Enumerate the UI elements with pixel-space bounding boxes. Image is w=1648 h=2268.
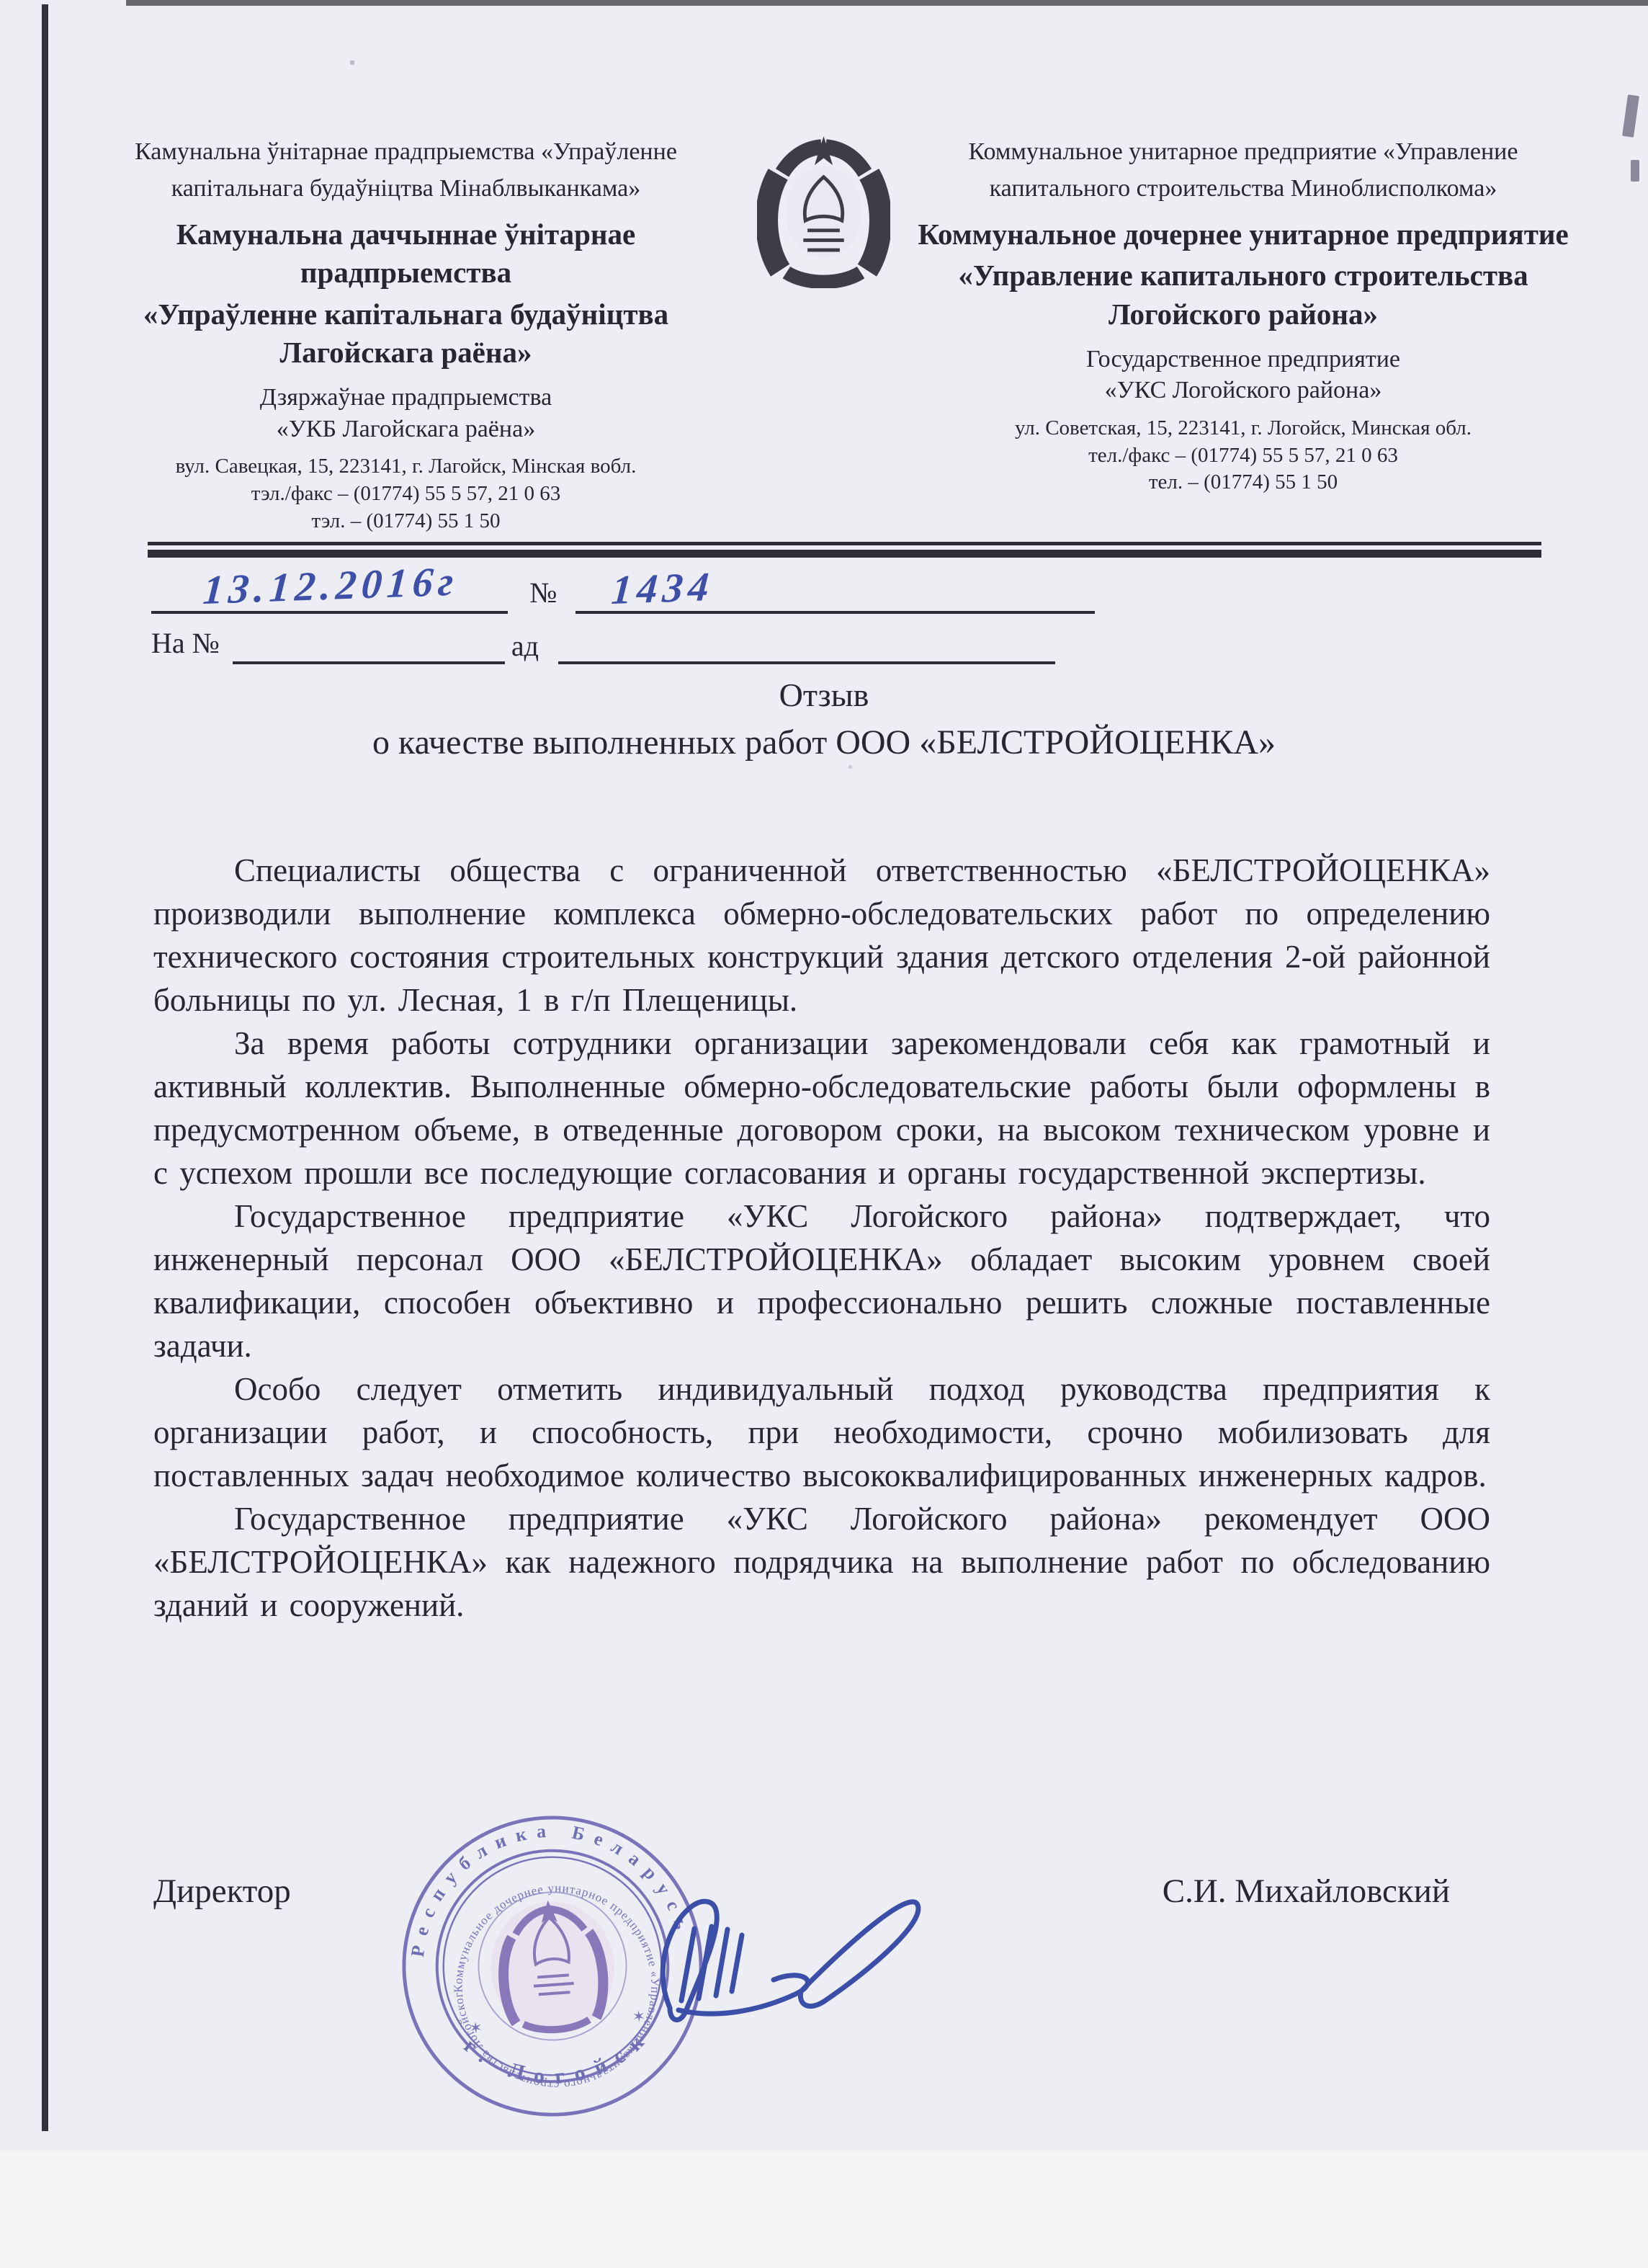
paragraph: Специалисты общества с ограниченной отве… (153, 849, 1490, 1022)
date-number-row: 13.12.2016г № 1434 (151, 568, 1095, 614)
state-enterprise-line1: Дзяржаўнае прадпрыемства (69, 382, 743, 414)
number-sign-label: № (529, 576, 557, 614)
organization-name: Камунальна даччыннае ўнітарнае прадпрыем… (69, 215, 743, 293)
position-label: Директор (153, 1872, 291, 1911)
phone-line: тэл. – (01774) 55 1 50 (69, 508, 743, 535)
scanned-letter-page: Камунальна ўнітарнае прадпрыемства «Упра… (0, 0, 1648, 2268)
address-block: вул. Савецкая, 15, 223141, г. Лагойск, М… (69, 453, 743, 535)
scan-bottom-band (0, 2151, 1648, 2268)
letterhead-divider (148, 542, 1541, 558)
paragraph: Государственное предприятие «УКС Логойск… (153, 1497, 1490, 1627)
stamp-star-left: ✶ (468, 2019, 483, 2037)
document-title: Отзыв о качестве выполненных работ ООО «… (0, 676, 1648, 762)
letter-body: Специалисты общества с ограниченной отве… (153, 849, 1490, 1627)
signer-name: С.И. Михайловский (1163, 1872, 1450, 1911)
letterhead-left-belarusian: Камунальна ўнітарнае прадпрыемства «Упра… (69, 133, 743, 535)
handwritten-signature (585, 1860, 945, 2040)
scan-speck (848, 765, 852, 769)
paragraph: Особо следует отметить индивидуальный по… (153, 1367, 1490, 1497)
state-enterprise-line1: Государственное предприятие (905, 344, 1582, 375)
state-enterprise-line2: «УКБ Лагойскага раёна» (69, 414, 743, 445)
reply-reference-row: На № ад (151, 617, 1095, 664)
outgoing-number-field: 1434 (576, 570, 1095, 614)
scan-speck (350, 61, 354, 65)
parent-organization-name: Камунальна ўнітарнае прадпрыемства «Упра… (89, 133, 723, 207)
belarus-coat-of-arms-icon (757, 133, 890, 535)
divider-thick-line (148, 550, 1541, 558)
scan-speck (1622, 94, 1639, 138)
organization-quoted-name: «Управление капитального строительства Л… (905, 256, 1582, 334)
scan-edge-left (42, 4, 48, 2131)
paragraph: Государственное предприятие «УКС Логойск… (153, 1195, 1490, 1367)
reply-number-field (233, 661, 505, 664)
reply-date-field (558, 661, 1055, 664)
title-word: Отзыв (0, 676, 1648, 714)
paragraph: За время работы сотрудники организации з… (153, 1022, 1490, 1195)
address-block: ул. Советская, 15, 223141, г. Логойск, М… (905, 415, 1582, 496)
address-line: вул. Савецкая, 15, 223141, г. Лагойск, М… (69, 453, 743, 481)
divider-thin-line (148, 542, 1541, 545)
handwritten-date: 13.12.2016г (202, 561, 460, 611)
phone-line: тел. – (01774) 55 1 50 (905, 469, 1582, 496)
scan-speck (1631, 160, 1639, 182)
reply-date-preposition: ад (511, 629, 539, 664)
phone-fax-line: тэл./факс – (01774) 55 5 57, 21 0 63 (69, 481, 743, 508)
handwritten-number: 1434 (610, 566, 715, 611)
scan-edge-top (126, 0, 1648, 6)
organization-name: Коммунальное дочернее унитарное предприя… (905, 215, 1582, 254)
title-subject: о качестве выполненных работ ООО «БЕЛСТР… (0, 723, 1648, 762)
date-field: 13.12.2016г (151, 570, 508, 614)
state-enterprise-lines: Государственное предприятие «УКС Логойск… (905, 344, 1582, 406)
state-enterprise-line2: «УКС Логойского района» (905, 375, 1582, 406)
phone-fax-line: тел./факс – (01774) 55 5 57, 21 0 63 (905, 442, 1582, 470)
reference-block: 13.12.2016г № 1434 На № ад (151, 568, 1095, 664)
reply-number-label: На № (151, 626, 220, 664)
letterhead: Камунальна ўнітарнае прадпрыемства «Упра… (69, 133, 1582, 535)
letterhead-right-russian: Коммунальное унитарное предприятие «Упра… (905, 133, 1582, 535)
address-line: ул. Советская, 15, 223141, г. Логойск, М… (905, 415, 1582, 442)
parent-organization-name: Коммунальное унитарное предприятие «Упра… (926, 133, 1560, 207)
state-enterprise-lines: Дзяржаўнае прадпрыемства «УКБ Лагойскага… (69, 382, 743, 445)
organization-quoted-name: «Упраўленне капітальнага будаўніцтва Лаг… (69, 295, 743, 372)
